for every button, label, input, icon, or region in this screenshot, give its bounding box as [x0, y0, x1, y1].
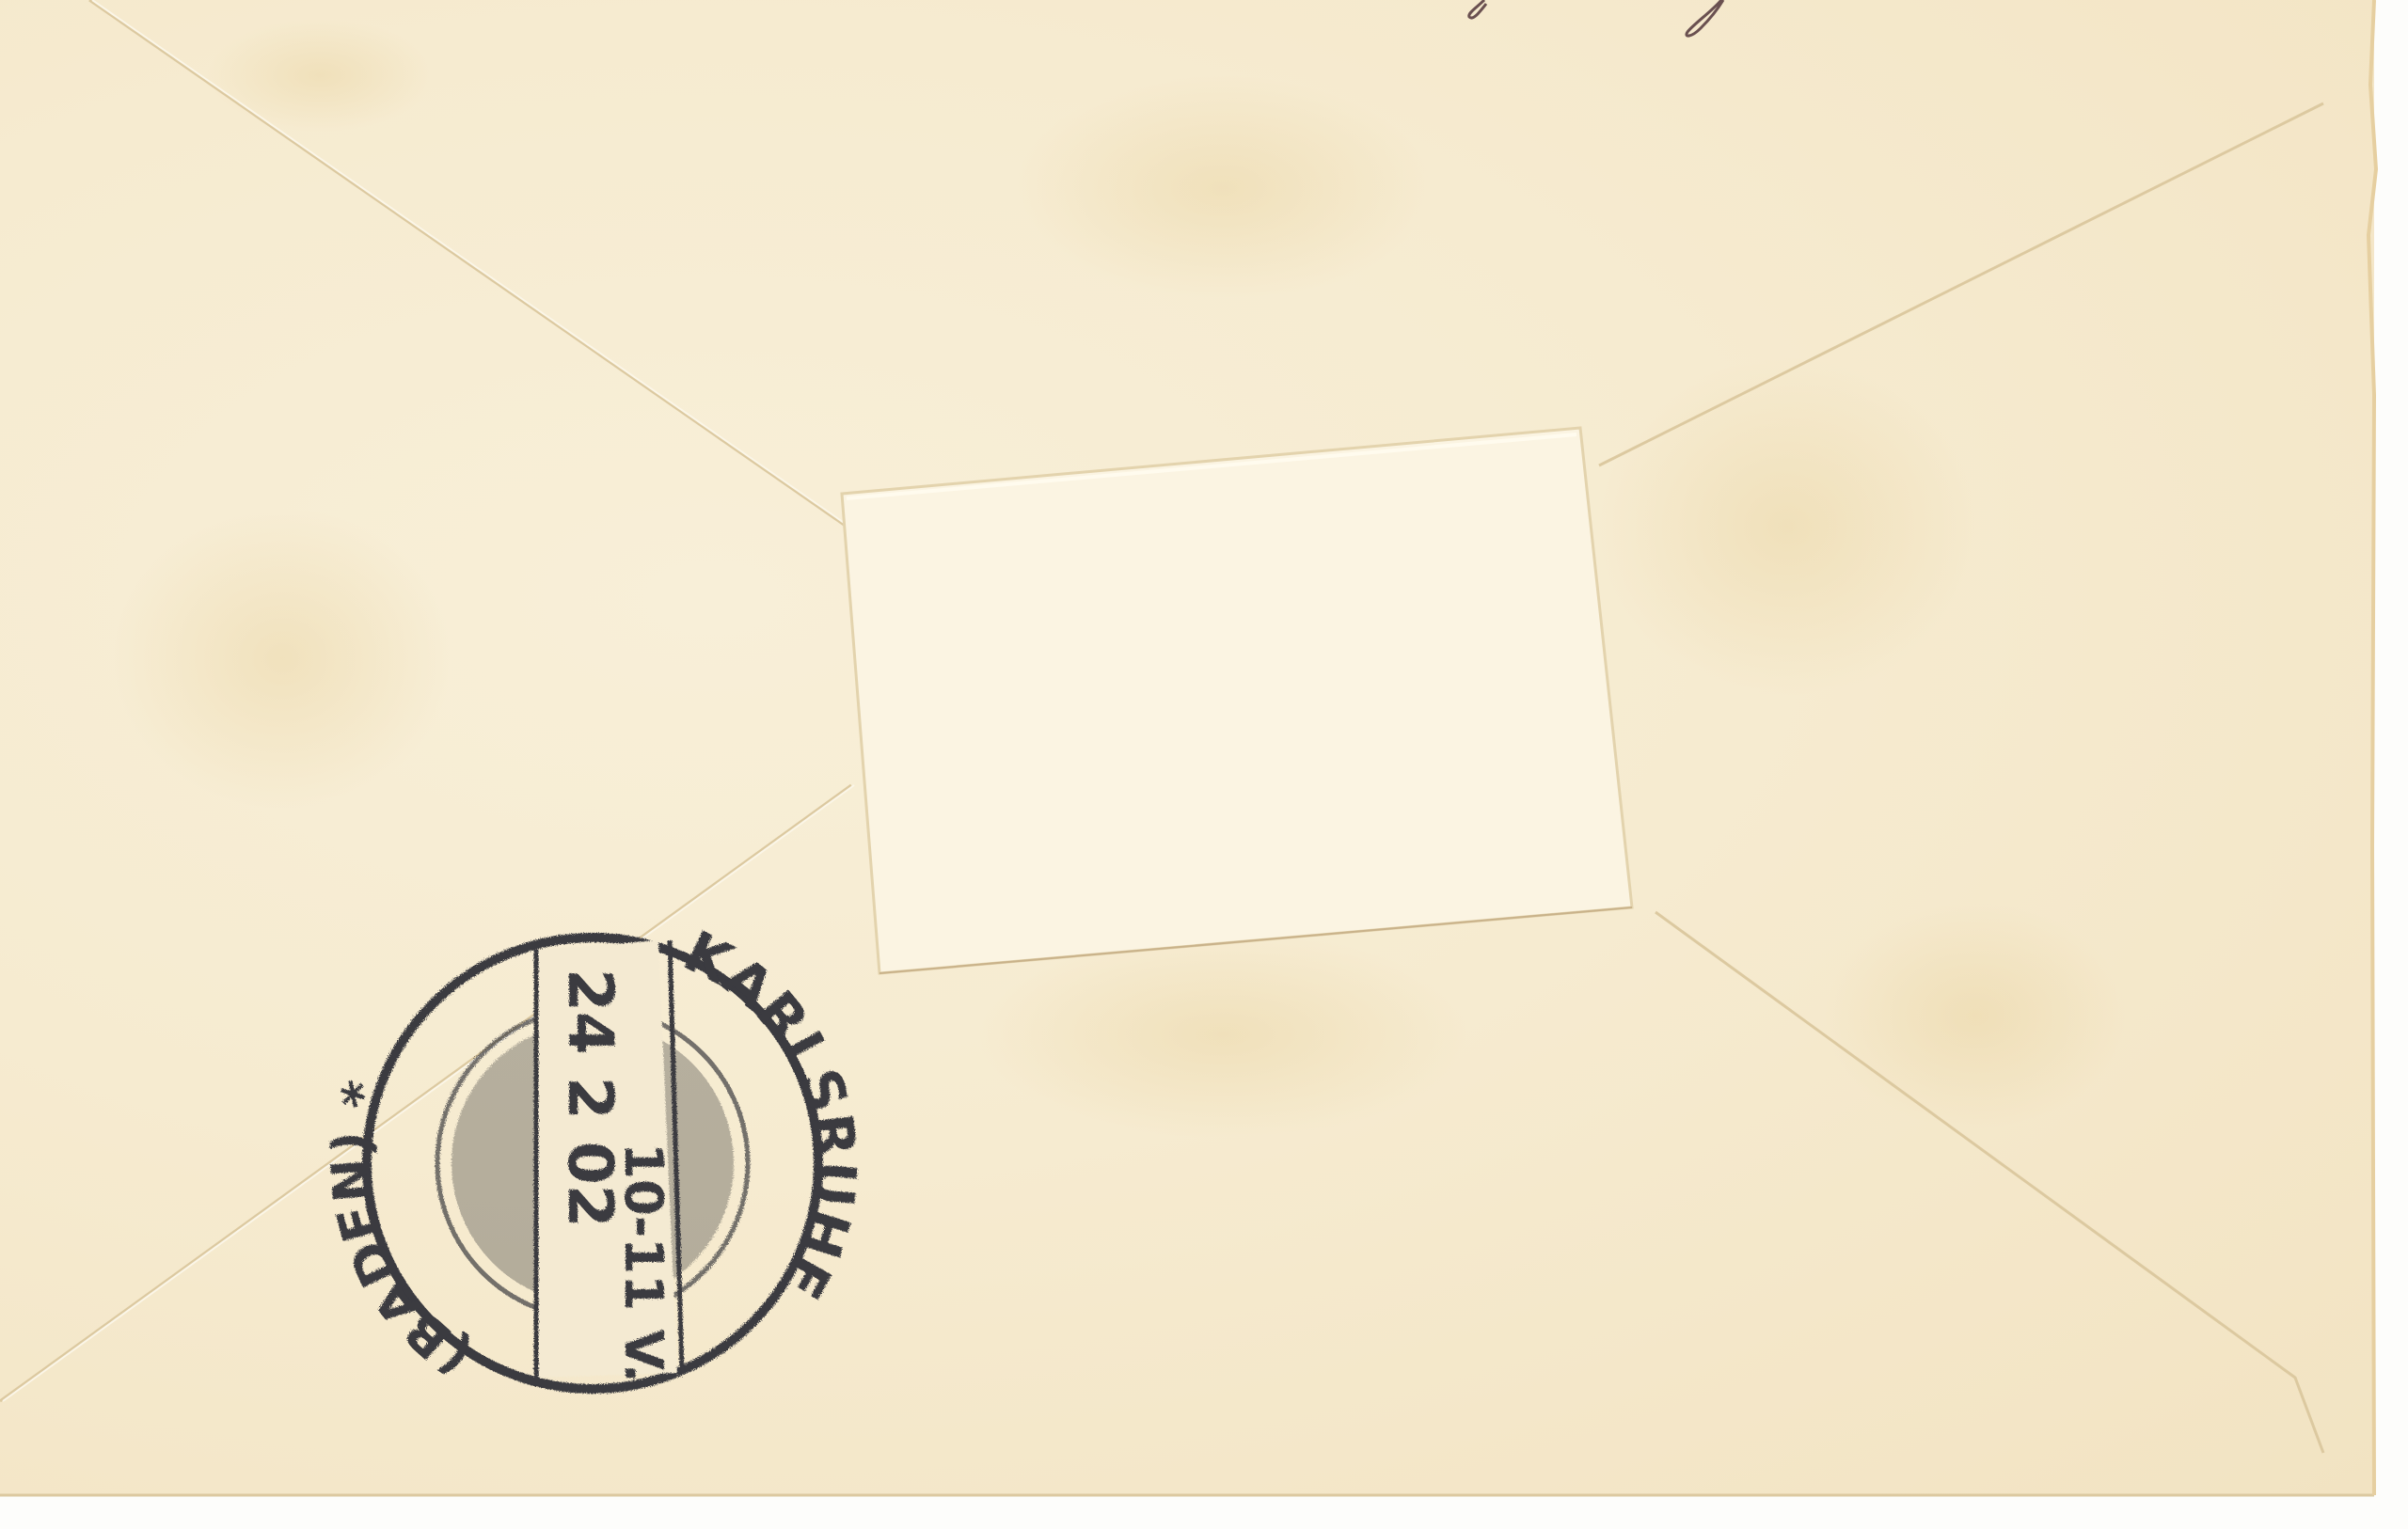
torn-edge: [2368, 0, 2376, 1495]
envelope-scene: KARLSRUHE (BADEN) * 24 2 02 10-11 V.: [0, 0, 2408, 1529]
handwriting-fragment: [1469, 0, 1723, 36]
postmark: KARLSRUHE (BADEN) * 24 2 02 10-11 V.: [321, 919, 869, 1389]
postmark-time: 10-11 V.: [612, 1143, 673, 1383]
seal-label: [842, 428, 1632, 973]
